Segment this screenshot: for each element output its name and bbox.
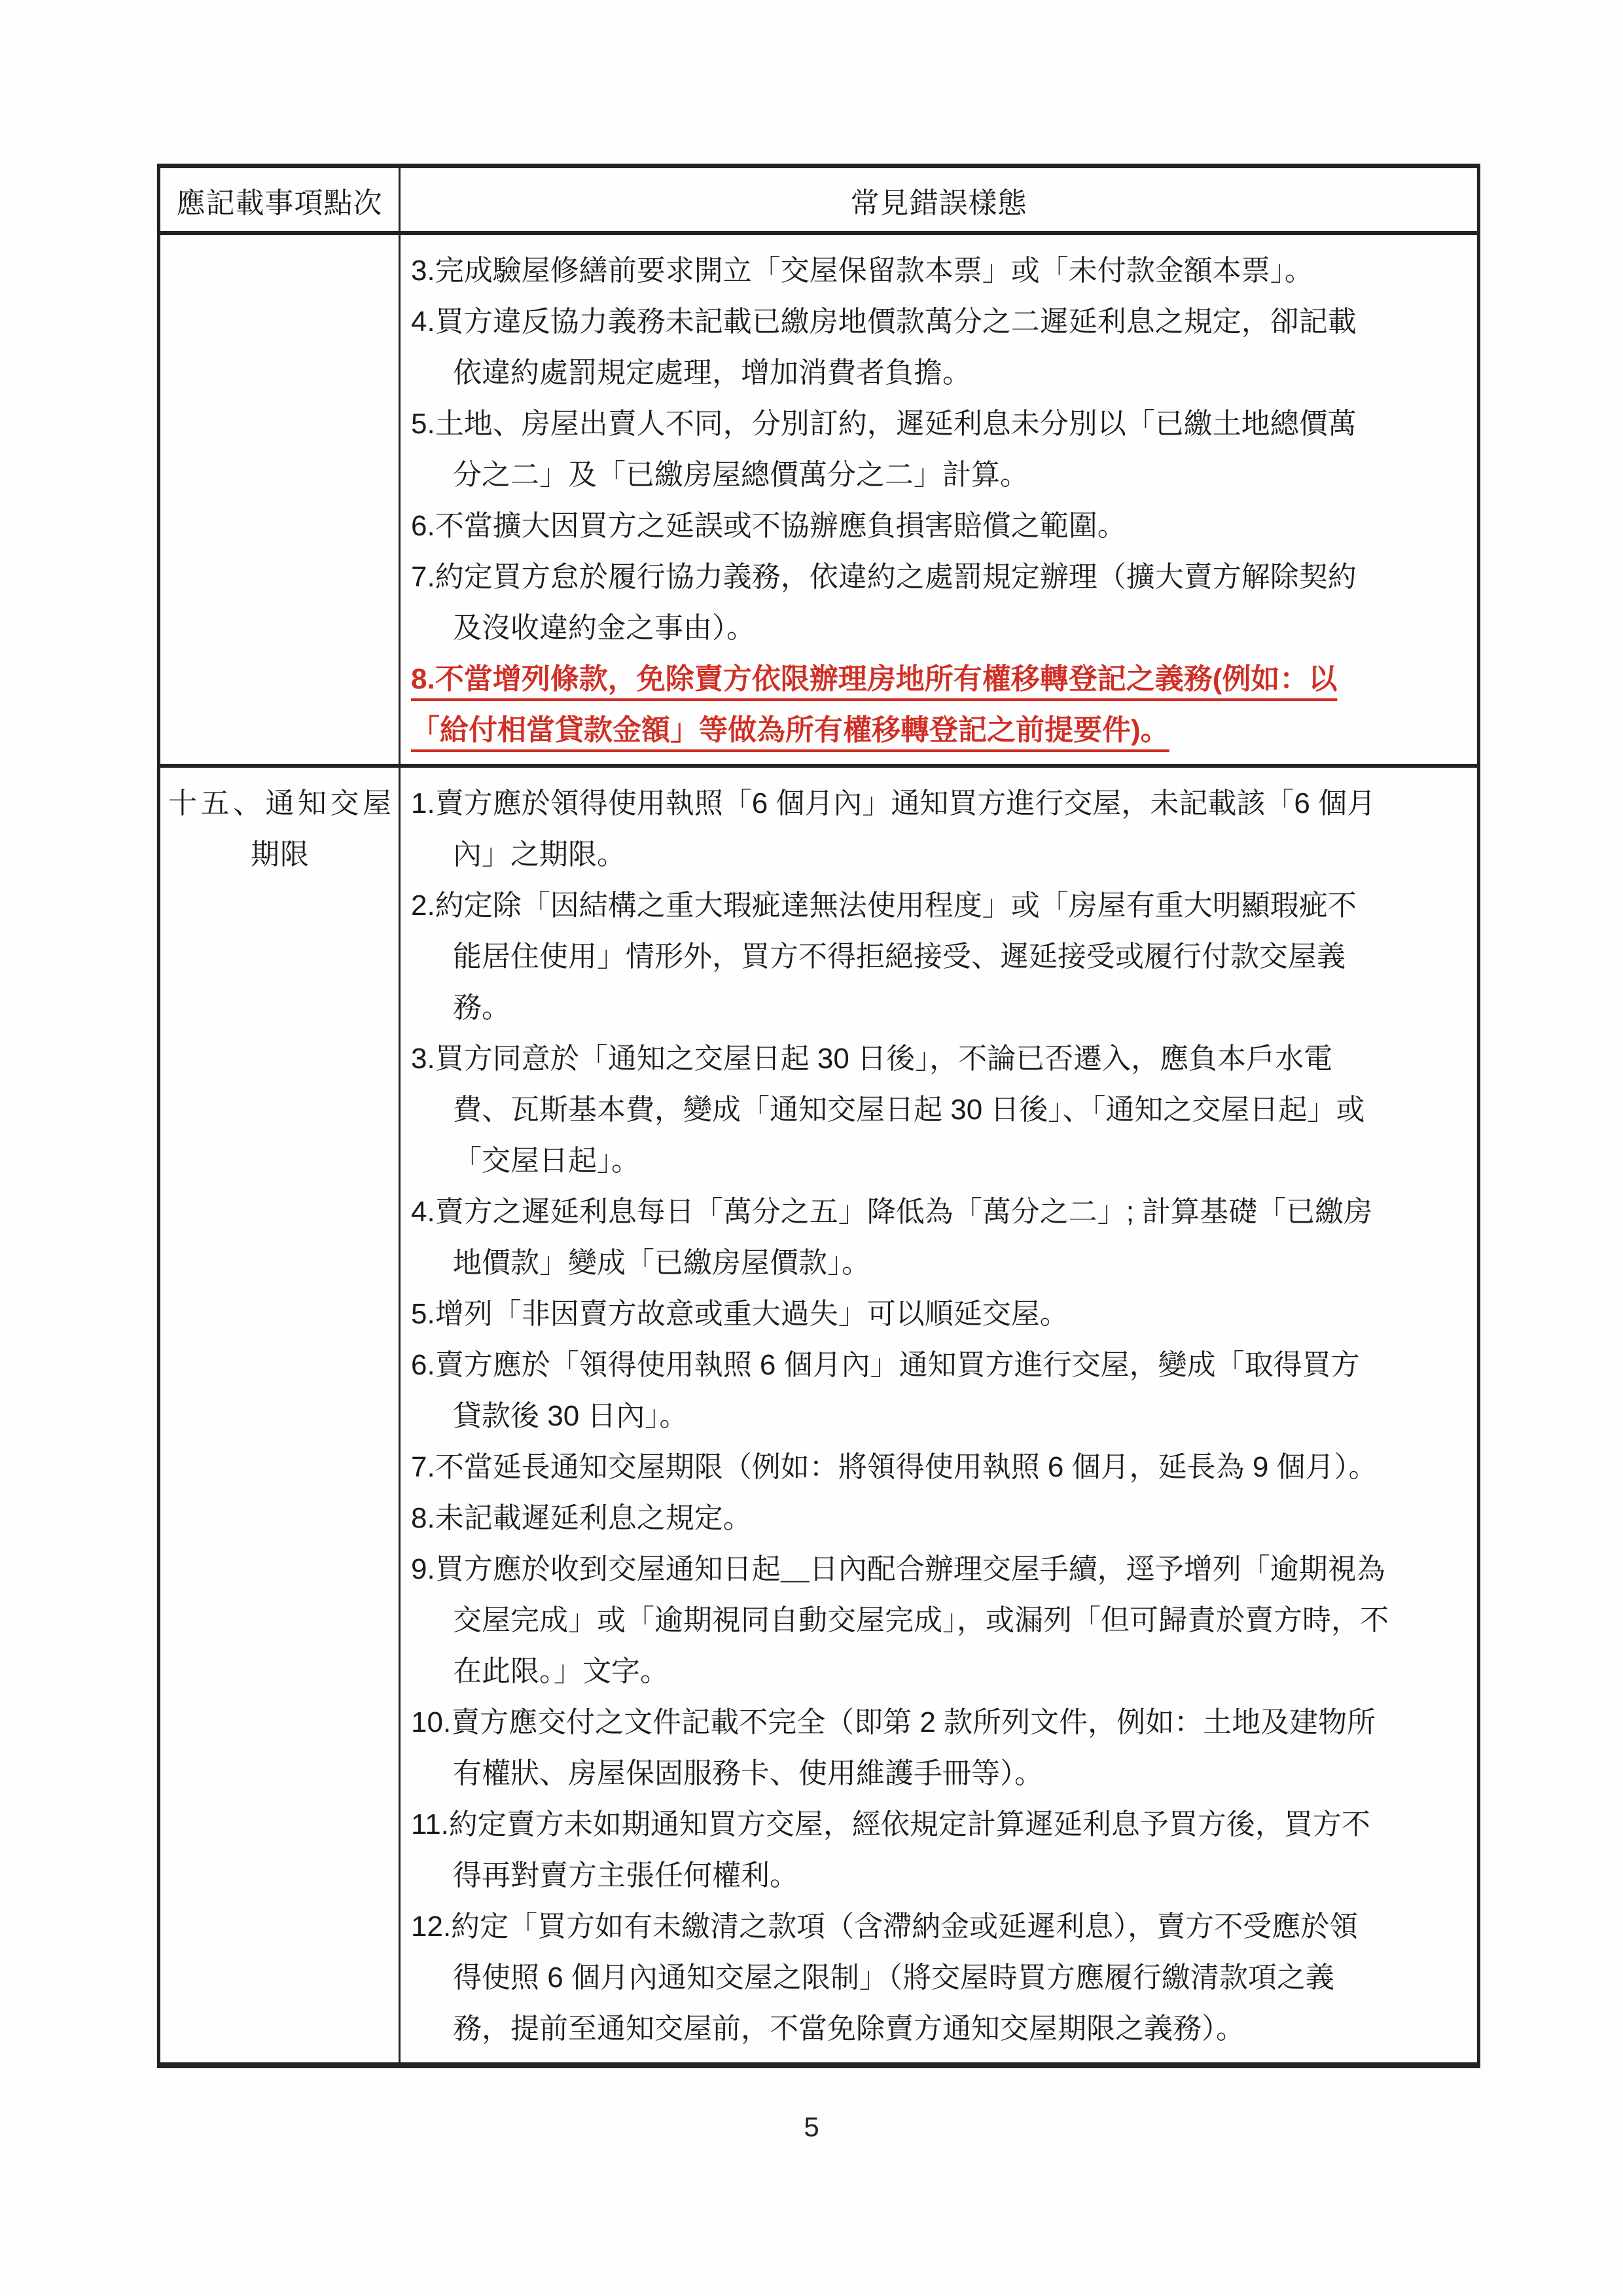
text-line: 8.未記載遲延利息之規定。 [411, 1493, 1464, 1544]
error-entry: 11.約定賣方未如期通知買方交屋，經依規定計算遲延利息予買方後，買方不得再對賣方… [411, 1799, 1464, 1901]
text-line: 3.買方同意於「通知之交屋日起 30 日後」，不論已否遷入，應負本戶水電 [411, 1033, 1464, 1085]
text-line-content: 8.未記載遲延利息之規定。 [411, 1493, 1464, 1544]
error-entry: 4.賣方之遲延利息每日「萬分之五」降低為「萬分之二」; 計算基礎「已繳房地價款」… [411, 1187, 1464, 1289]
text-line-content: 及沒收違約金之事由）。 [453, 603, 1464, 654]
text-line-content: 有權狀、房屋保固服務卡、使用維護手冊等）。 [453, 1748, 1464, 1799]
item-column-cell: 十五、通知交屋期限 [160, 768, 401, 2062]
error-entry: 7.約定買方怠於履行協力義務，依違約之處罰規定辦理（擴大賣方解除契約及沒收違約金… [411, 552, 1464, 654]
text-line: 分之二」及「已繳房屋總價萬分之二」計算。 [411, 450, 1464, 501]
error-entry: 8.未記載遲延利息之規定。 [411, 1493, 1464, 1544]
error-entry: 1.賣方應於領得使用執照「6 個月內」通知買方進行交屋，未記載該「6 個月內」之… [411, 778, 1464, 880]
text-line-content: 9.買方應於收到交屋通知日起＿日內配合辦理交屋手續，逕予增列「逾期視為 [411, 1544, 1464, 1595]
text-line-content: 8.不當增列條款，免除賣方依限辦理房地所有權移轉登記之義務(例如：以 [411, 654, 1464, 705]
text-line: 貸款後 30 日內」。 [411, 1391, 1464, 1442]
error-entry: 5.增列「非因賣方故意或重大過失」可以順延交屋。 [411, 1289, 1464, 1340]
errors-column-cell: 1.賣方應於領得使用執照「6 個月內」通知買方進行交屋，未記載該「6 個月內」之… [401, 768, 1477, 2062]
text-line-content: 6.賣方應於「領得使用執照 6 個月內」通知買方進行交屋，變成「取得買方 [411, 1340, 1464, 1391]
text-line-content: 11.約定賣方未如期通知買方交屋，經依規定計算遲延利息予買方後，買方不 [411, 1799, 1464, 1850]
text-line: 11.約定賣方未如期通知買方交屋，經依規定計算遲延利息予買方後，買方不 [411, 1799, 1464, 1850]
table-header-row: 應記載事項點次 常見錯誤樣態 [160, 168, 1477, 235]
text-line-content: 得使照 6 個月內通知交屋之限制」（將交屋時買方應履行繳清款項之義 [453, 1952, 1464, 2003]
error-entry: 2.約定除「因結構之重大瑕疵達無法使用程度」或「房屋有重大明顯瑕疵不能居住使用」… [411, 880, 1464, 1033]
error-entry: 3.買方同意於「通知之交屋日起 30 日後」，不論已否遷入，應負本戶水電費、瓦斯… [411, 1033, 1464, 1187]
text-line-content: 交屋完成」或「逾期視同自動交屋完成」，或漏列「但可歸責於賣方時，不 [453, 1595, 1464, 1646]
text-line-content: 7.不當延長通知交屋期限（例如：將領得使用執照 6 個月，延長為 9 個月）。 [411, 1442, 1464, 1493]
text-line: 4.買方違反協力義務未記載已繳房地價款萬分之二遲延利息之規定，卻記載 [411, 296, 1464, 348]
text-line-content: 1.賣方應於領得使用執照「6 個月內」通知買方進行交屋，未記載該「6 個月 [411, 778, 1464, 829]
error-table: 應記載事項點次 常見錯誤樣態 3.完成驗屋修繕前要求開立「交屋保留款本票」或「未… [157, 164, 1480, 2068]
table-body: 3.完成驗屋修繕前要求開立「交屋保留款本票」或「未付款金額本票」。4.買方違反協… [160, 235, 1477, 2062]
item-column-cell [160, 235, 401, 764]
text-line: 依違約處罰規定處理，增加消費者負擔。 [411, 348, 1464, 399]
errors-column-cell: 3.完成驗屋修繕前要求開立「交屋保留款本票」或「未付款金額本票」。4.買方違反協… [401, 235, 1477, 764]
text-line-content: 6.不當擴大因買方之延誤或不協辦應負損害賠償之範圍。 [411, 501, 1464, 552]
header-col-item-number: 應記載事項點次 [160, 168, 401, 231]
text-line: 務，提前至通知交屋前，不當免除賣方通知交屋期限之義務）。 [411, 2003, 1464, 2054]
text-line-content: 2.約定除「因結構之重大瑕疵達無法使用程度」或「房屋有重大明顯瑕疵不 [411, 880, 1464, 931]
text-line-content: 務。 [453, 982, 1464, 1033]
text-line-content: 4.賣方之遲延利息每日「萬分之五」降低為「萬分之二」; 計算基礎「已繳房 [411, 1187, 1464, 1238]
highlighted-error-entry: 8.不當增列條款，免除賣方依限辦理房地所有權移轉登記之義務(例如：以「給付相當貸… [411, 654, 1464, 756]
text-line-content: 內」之期限。 [453, 829, 1464, 880]
text-line-content: 7.約定買方怠於履行協力義務，依違約之處罰規定辦理（擴大賣方解除契約 [411, 552, 1464, 603]
text-line: 7.約定買方怠於履行協力義務，依違約之處罰規定辦理（擴大賣方解除契約 [411, 552, 1464, 603]
text-line-content: 3.買方同意於「通知之交屋日起 30 日後」，不論已否遷入，應負本戶水電 [411, 1033, 1464, 1085]
document-page: 應記載事項點次 常見錯誤樣態 3.完成驗屋修繕前要求開立「交屋保留款本票」或「未… [0, 0, 1623, 2296]
text-line-content: 分之二」及「已繳房屋總價萬分之二」計算。 [453, 450, 1464, 501]
text-line: 10.賣方應交付之文件記載不完全（即第 2 款所列文件，例如：土地及建物所 [411, 1697, 1464, 1748]
error-entry: 7.不當延長通知交屋期限（例如：將領得使用執照 6 個月，延長為 9 個月）。 [411, 1442, 1464, 1493]
text-line: 3.完成驗屋修繕前要求開立「交屋保留款本票」或「未付款金額本票」。 [411, 245, 1464, 296]
text-line-content: 在此限。」文字。 [453, 1646, 1464, 1697]
text-line: 在此限。」文字。 [411, 1646, 1464, 1697]
text-line: 5.土地、房屋出賣人不同，分別訂約，遲延利息未分別以「已繳土地總價萬 [411, 399, 1464, 450]
error-entry: 12.約定「買方如有未繳清之款項（含滯納金或延遲利息），賣方不受應於領得使照 6… [411, 1901, 1464, 2054]
text-line: 4.賣方之遲延利息每日「萬分之五」降低為「萬分之二」; 計算基礎「已繳房 [411, 1187, 1464, 1238]
error-entry: 10.賣方應交付之文件記載不完全（即第 2 款所列文件，例如：土地及建物所有權狀… [411, 1697, 1464, 1799]
text-line: 1.賣方應於領得使用執照「6 個月內」通知買方進行交屋，未記載該「6 個月 [411, 778, 1464, 829]
text-line: 能居住使用」情形外，買方不得拒絕接受、遲延接受或履行付款交屋義 [411, 931, 1464, 982]
text-line-content: 得再對賣方主張任何權利。 [453, 1850, 1464, 1901]
text-line: 內」之期限。 [411, 829, 1464, 880]
text-line-content: 10.賣方應交付之文件記載不完全（即第 2 款所列文件，例如：土地及建物所 [411, 1697, 1464, 1748]
text-line-content: 3.完成驗屋修繕前要求開立「交屋保留款本票」或「未付款金額本票」。 [411, 245, 1464, 296]
error-entry: 6.不當擴大因買方之延誤或不協辦應負損害賠償之範圍。 [411, 501, 1464, 552]
error-entry: 6.賣方應於「領得使用執照 6 個月內」通知買方進行交屋，變成「取得買方貸款後 … [411, 1340, 1464, 1442]
text-line-content: 能居住使用」情形外，買方不得拒絕接受、遲延接受或履行付款交屋義 [453, 931, 1464, 982]
table-row: 十五、通知交屋期限1.賣方應於領得使用執照「6 個月內」通知買方進行交屋，未記載… [160, 764, 1477, 2062]
page-number: 5 [0, 2111, 1623, 2143]
error-entry: 5.土地、房屋出賣人不同，分別訂約，遲延利息未分別以「已繳土地總價萬分之二」及「… [411, 399, 1464, 501]
text-line-content: 「給付相當貸款金額」等做為所有權移轉登記之前提要件)。 [411, 705, 1464, 756]
text-line: 9.買方應於收到交屋通知日起＿日內配合辦理交屋手續，逕予增列「逾期視為 [411, 1544, 1464, 1595]
text-line-content: 5.增列「非因賣方故意或重大過失」可以順延交屋。 [411, 1289, 1464, 1340]
text-line: 2.約定除「因結構之重大瑕疵達無法使用程度」或「房屋有重大明顯瑕疵不 [411, 880, 1464, 931]
text-line-content: 貸款後 30 日內」。 [453, 1391, 1464, 1442]
text-line: 8.不當增列條款，免除賣方依限辦理房地所有權移轉登記之義務(例如：以 [411, 654, 1464, 705]
text-line-content: 費、瓦斯基本費，變成「通知交屋日起 30 日後」、「通知之交屋日起」或 [453, 1085, 1464, 1136]
text-line: 有權狀、房屋保固服務卡、使用維護手冊等）。 [411, 1748, 1464, 1799]
item-label-line: 期限 [168, 829, 392, 880]
text-line: 「交屋日起」。 [411, 1136, 1464, 1187]
text-line: 得使照 6 個月內通知交屋之限制」（將交屋時買方應履行繳清款項之義 [411, 1952, 1464, 2003]
text-line-content: 4.買方違反協力義務未記載已繳房地價款萬分之二遲延利息之規定，卻記載 [411, 296, 1464, 348]
error-entry: 3.完成驗屋修繕前要求開立「交屋保留款本票」或「未付款金額本票」。 [411, 245, 1464, 296]
text-line-content: 務，提前至通知交屋前，不當免除賣方通知交屋期限之義務）。 [453, 2003, 1464, 2054]
text-line-content: 12.約定「買方如有未繳清之款項（含滯納金或延遲利息），賣方不受應於領 [411, 1901, 1464, 1952]
text-line: 5.增列「非因賣方故意或重大過失」可以順延交屋。 [411, 1289, 1464, 1340]
error-entry: 4.買方違反協力義務未記載已繳房地價款萬分之二遲延利息之規定，卻記載依違約處罰規… [411, 296, 1464, 399]
header-col-common-errors: 常見錯誤樣態 [401, 168, 1477, 231]
table-row: 3.完成驗屋修繕前要求開立「交屋保留款本票」或「未付款金額本票」。4.買方違反協… [160, 235, 1477, 764]
text-line: 「給付相當貸款金額」等做為所有權移轉登記之前提要件)。 [411, 705, 1464, 756]
text-line: 務。 [411, 982, 1464, 1033]
text-line: 及沒收違約金之事由）。 [411, 603, 1464, 654]
text-line-content: 「交屋日起」。 [453, 1136, 1464, 1187]
text-line: 7.不當延長通知交屋期限（例如：將領得使用執照 6 個月，延長為 9 個月）。 [411, 1442, 1464, 1493]
text-line: 交屋完成」或「逾期視同自動交屋完成」，或漏列「但可歸責於賣方時，不 [411, 1595, 1464, 1646]
text-line: 12.約定「買方如有未繳清之款項（含滯納金或延遲利息），賣方不受應於領 [411, 1901, 1464, 1952]
error-entry: 9.買方應於收到交屋通知日起＿日內配合辦理交屋手續，逕予增列「逾期視為交屋完成」… [411, 1544, 1464, 1697]
text-line: 地價款」變成「已繳房屋價款」。 [411, 1238, 1464, 1289]
text-line: 得再對賣方主張任何權利。 [411, 1850, 1464, 1901]
text-line-content: 地價款」變成「已繳房屋價款」。 [453, 1238, 1464, 1289]
item-label-line: 十五、通知交屋 [168, 778, 392, 829]
text-line: 6.賣方應於「領得使用執照 6 個月內」通知買方進行交屋，變成「取得買方 [411, 1340, 1464, 1391]
text-line: 6.不當擴大因買方之延誤或不協辦應負損害賠償之範圍。 [411, 501, 1464, 552]
text-line: 費、瓦斯基本費，變成「通知交屋日起 30 日後」、「通知之交屋日起」或 [411, 1085, 1464, 1136]
text-line-content: 依違約處罰規定處理，增加消費者負擔。 [453, 348, 1464, 399]
text-line-content: 5.土地、房屋出賣人不同，分別訂約，遲延利息未分別以「已繳土地總價萬 [411, 399, 1464, 450]
